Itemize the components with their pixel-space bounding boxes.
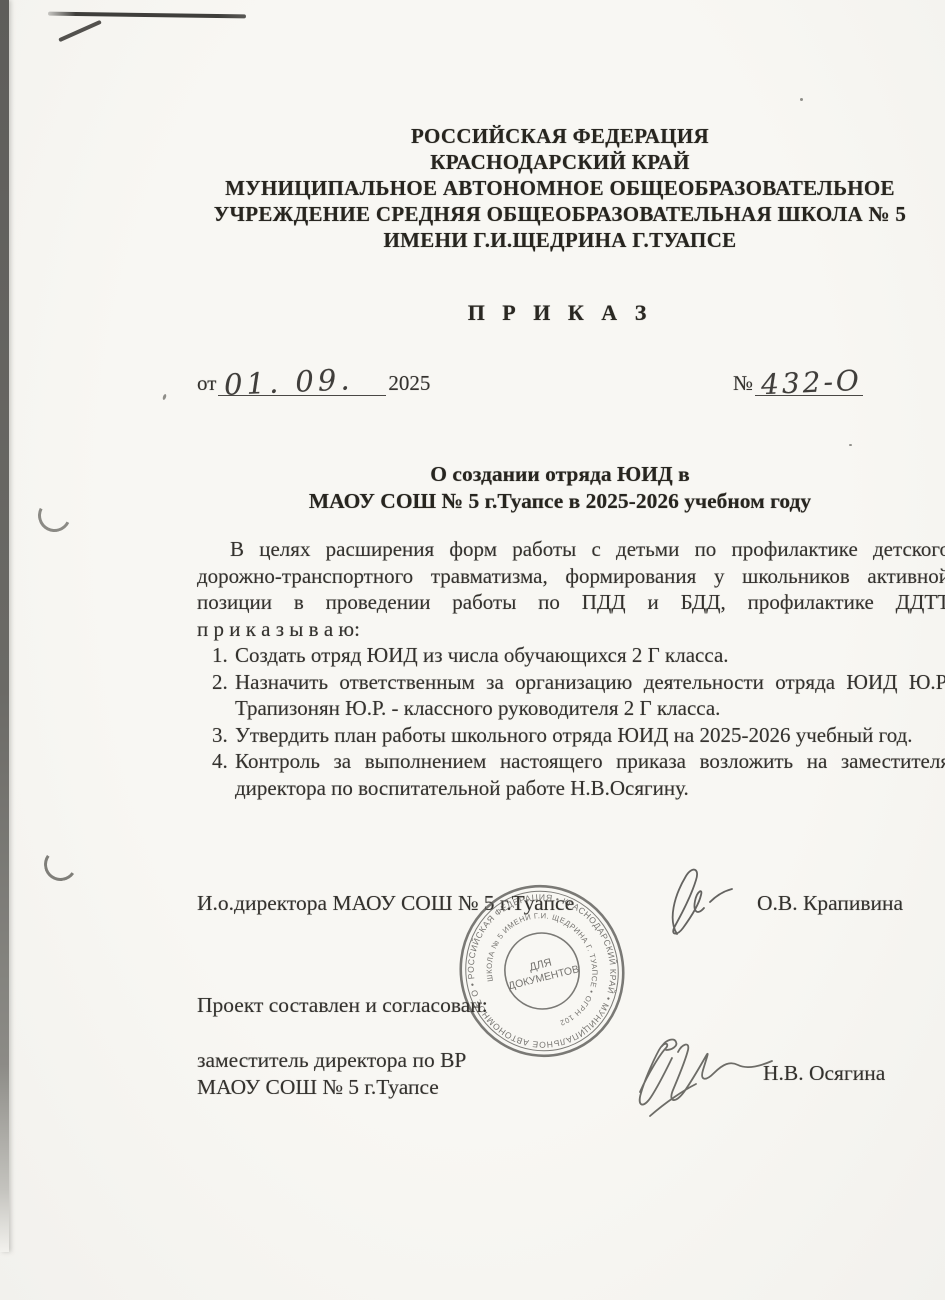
item-number: 1. — [212, 642, 228, 669]
preamble-paragraph: В целях расширения форм работы с детьми … — [197, 536, 945, 616]
order-item-3: 3. Утвердить план работы школьного отряд… — [197, 722, 945, 749]
punch-hole-shadow-1 — [34, 495, 76, 537]
letterhead: РОССИЙСКАЯ ФЕДЕРАЦИЯ КРАСНОДАРСКИЙ КРАЙ … — [160, 123, 945, 253]
deputy-role-line-1: заместитель директора по ВР — [197, 1048, 466, 1073]
item-number: 3. — [212, 722, 228, 749]
number-prefix: № — [733, 371, 753, 395]
scan-speck — [800, 98, 803, 101]
date-line: от01. 09.2025 — [197, 371, 430, 396]
item-number: 2. — [212, 669, 228, 696]
order-item-2: 2. Назначить ответственным за организаци… — [197, 669, 945, 722]
decree-word: п р и к а з ы в а ю: — [197, 616, 945, 643]
approval-line: Проект составлен и согласован: — [197, 993, 488, 1018]
item-text: Создать отряд ЮИД из числа обучающихся 2… — [235, 643, 729, 667]
scan-top-line-artifact — [48, 12, 246, 19]
handwritten-date: 01. 09. — [224, 362, 355, 402]
subject-line: МАОУ СОШ № 5 г.Туапсе в 2025-2026 учебно… — [160, 488, 945, 515]
date-underline: 01. 09. — [218, 371, 386, 396]
letterhead-line: УЧРЕЖДЕНИЕ СРЕДНЯЯ ОБЩЕОБРАЗОВАТЕЛЬНАЯ Ш… — [160, 201, 945, 227]
date-prefix: от — [197, 371, 216, 395]
handwritten-number: 432-О — [760, 364, 862, 401]
pen-stroke-mark — [58, 20, 102, 42]
document-page: РОССИЙСКАЯ ФЕДЕРАЦИЯ КРАСНОДАРСКИЙ КРАЙ … — [0, 0, 945, 1300]
date-year: 2025 — [388, 371, 430, 395]
letterhead-line: МУНИЦИПАЛЬНОЕ АВТОНОМНОЕ ОБЩЕОБРАЗОВАТЕЛ… — [160, 175, 945, 201]
number-line: №432-О — [733, 371, 865, 396]
order-subject: О создании отряда ЮИД в МАОУ СОШ № 5 г.Т… — [160, 461, 945, 515]
deputy-role-line-2: МАОУ СОШ № 5 г.Туапсе — [197, 1075, 439, 1100]
deputy-signature — [626, 1030, 796, 1128]
item-text: Утвердить план работы школьного отряда Ю… — [235, 723, 913, 747]
item-text: Назначить ответственным за организацию д… — [235, 670, 945, 721]
number-underline: 432-О — [755, 371, 863, 396]
scan-speck — [849, 444, 852, 446]
scan-edge-strip — [0, 0, 9, 1252]
item-text: Контроль за выполнением настоящего прика… — [235, 749, 945, 800]
order-title: П Р И К А З — [160, 300, 945, 326]
order-item-4: 4. Контроль за выполнением настоящего пр… — [197, 748, 945, 801]
letterhead-line: ИМЕНИ Г.И.ЩЕДРИНА Г.ТУАПСЕ — [160, 227, 945, 253]
director-signature — [650, 862, 755, 944]
subject-line: О создании отряда ЮИД в — [160, 461, 945, 488]
item-number: 4. — [212, 748, 228, 775]
director-name: О.В. Крапивина — [757, 891, 903, 916]
punch-hole-shadow-2 — [41, 845, 79, 883]
order-item-1: 1. Создать отряд ЮИД из числа обучающихс… — [197, 642, 945, 669]
letterhead-line: КРАСНОДАРСКИЙ КРАЙ — [160, 149, 945, 175]
letterhead-line: РОССИЙСКАЯ ФЕДЕРАЦИЯ — [160, 123, 945, 149]
order-body: В целях расширения форм работы с детьми … — [197, 536, 945, 801]
scan-speck — [162, 394, 167, 401]
